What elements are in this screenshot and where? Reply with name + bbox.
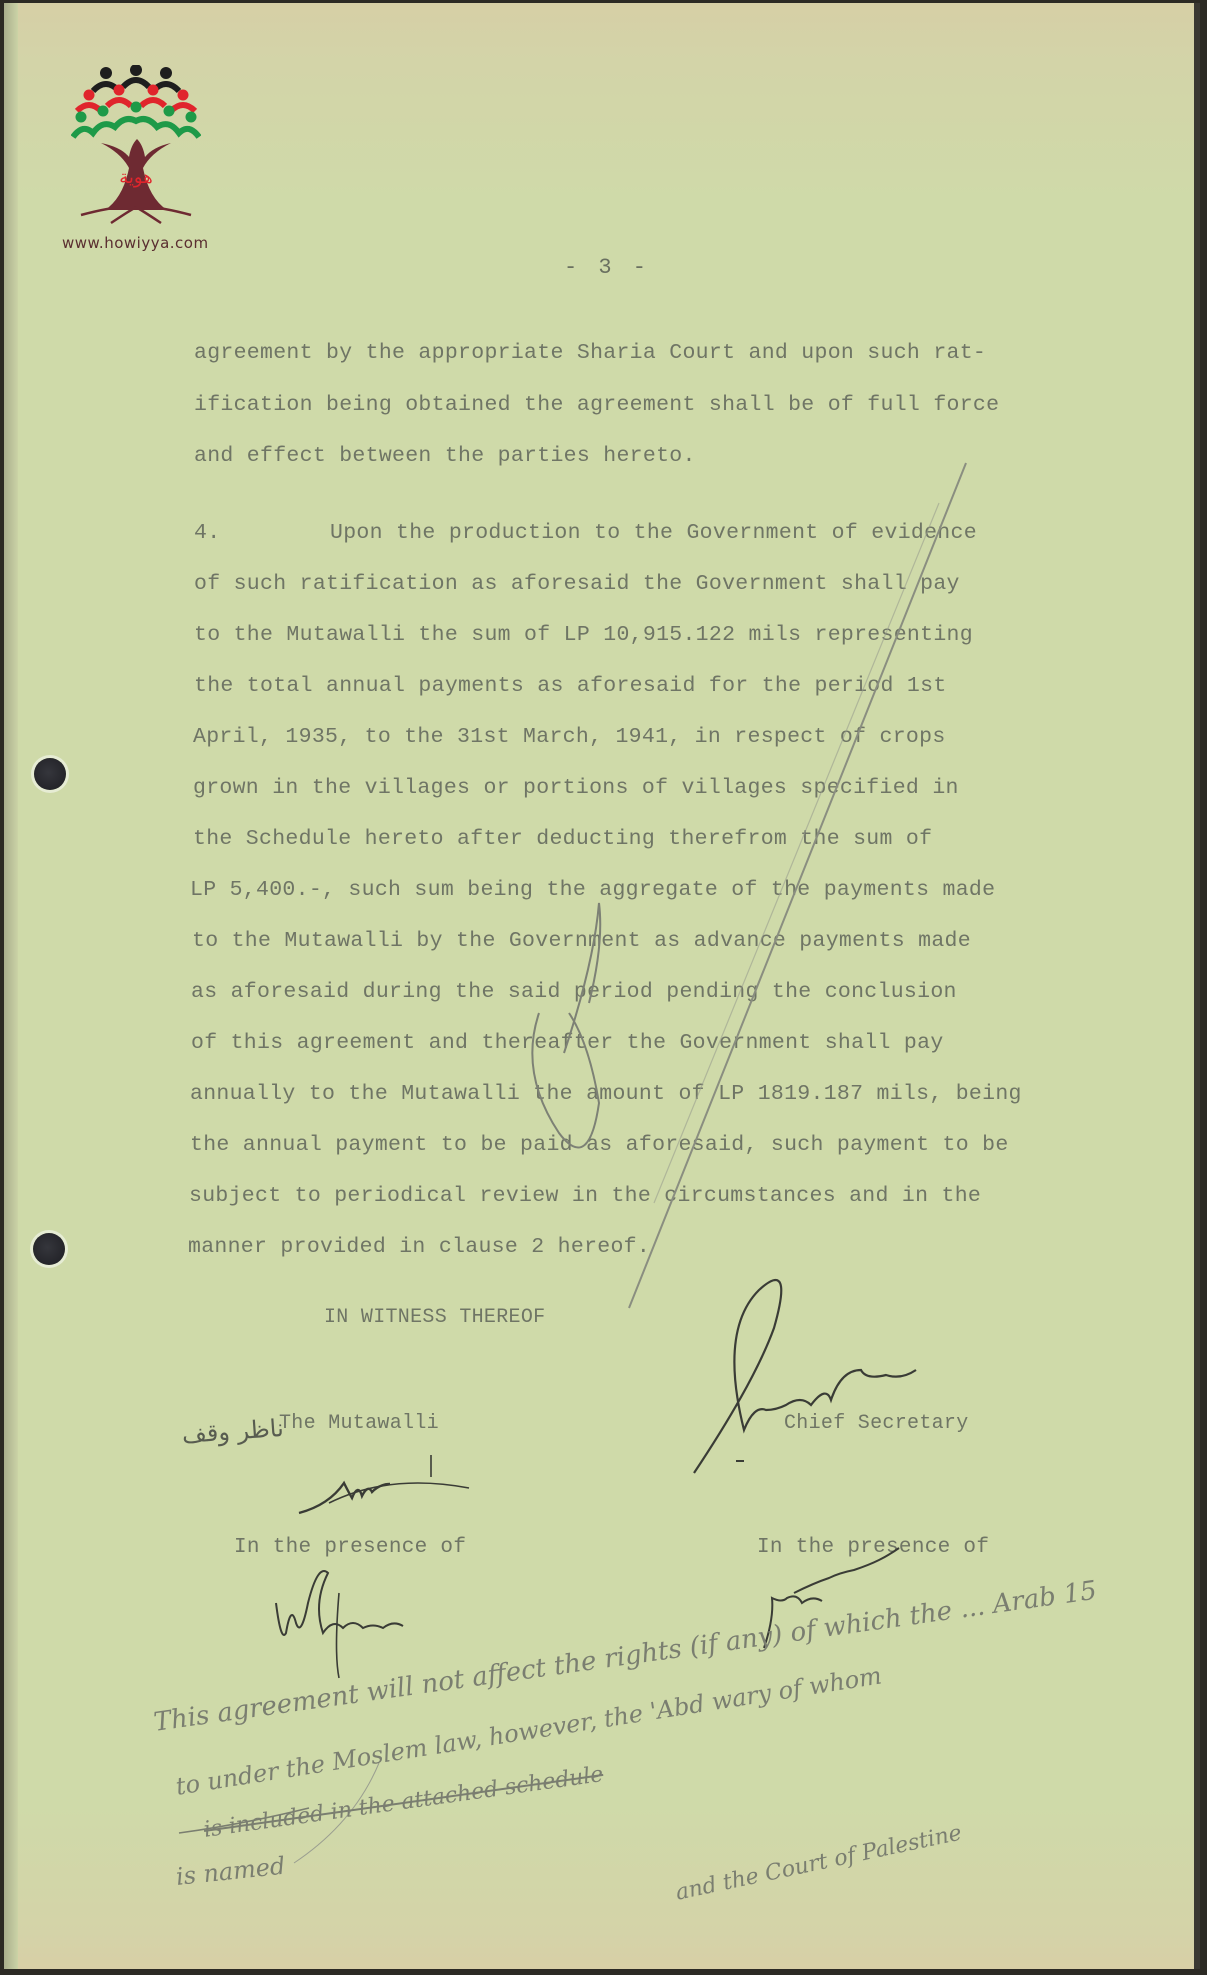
text-line: subject to periodical review in the circ…: [189, 1184, 981, 1208]
page-number: - 3 -: [564, 255, 650, 280]
chief-secretary-title: Chief Secretary: [784, 1412, 969, 1435]
text-line: annually to the Mutawalli the amount of …: [190, 1082, 1022, 1106]
text-line: agreement by the appropriate Sharia Cour…: [194, 341, 986, 365]
text-line: the Schedule hereto after deducting ther…: [193, 827, 932, 851]
howiyya-logo: هوية www.howiyya.com: [66, 65, 206, 252]
tree-people-logo-icon: هوية: [71, 65, 201, 230]
punch-hole: [33, 1233, 65, 1265]
text-line: the annual payment to be paid as aforesa…: [190, 1133, 1009, 1157]
text-line: LP 5,400.-, such sum being the aggregate…: [190, 878, 995, 902]
left-presence-label: In the presence of: [234, 1536, 466, 1559]
text-line: to the Mutawalli the sum of LP 10,915.12…: [194, 623, 973, 647]
text-line: of this agreement and thereafter the Gov…: [191, 1031, 944, 1055]
text-line: manner provided in clause 2 hereof.: [188, 1235, 650, 1259]
website-url: www.howiyya.com: [62, 234, 206, 252]
text-line: as aforesaid during the said period pend…: [191, 980, 957, 1004]
document-page: هوية www.howiyya.com - 3 - agreement by …: [4, 3, 1200, 1969]
text-line: April, 1935, to the 31st March, 1941, in…: [193, 725, 946, 749]
punch-hole: [34, 758, 66, 790]
text-line: the total annual payments as aforesaid f…: [194, 674, 947, 698]
clause-number: 4.: [194, 521, 220, 545]
text-line: grown in the villages or portions of vil…: [193, 776, 959, 800]
text-line: ification being obtained the agreement s…: [194, 393, 999, 417]
text-line: and effect between the parties hereto.: [194, 444, 696, 468]
mutawalli-title: The Mutawalli: [279, 1412, 439, 1435]
handwritten-note-line: and the Court of Palestine: [673, 1821, 964, 1906]
text-line: to the Mutawalli by the Government as ad…: [192, 929, 971, 953]
text-line: of such ratification as aforesaid the Go…: [194, 572, 960, 596]
witness-heading: IN WITNESS THEREOF: [324, 1306, 545, 1329]
text-line: Upon the production to the Government of…: [330, 521, 977, 545]
right-presence-label: In the presence of: [757, 1536, 989, 1559]
handwritten-note-line: is named: [175, 1852, 287, 1891]
svg-text:هوية: هوية: [119, 167, 152, 188]
arabic-handwritten-title: ناظر وقف: [181, 1414, 285, 1449]
